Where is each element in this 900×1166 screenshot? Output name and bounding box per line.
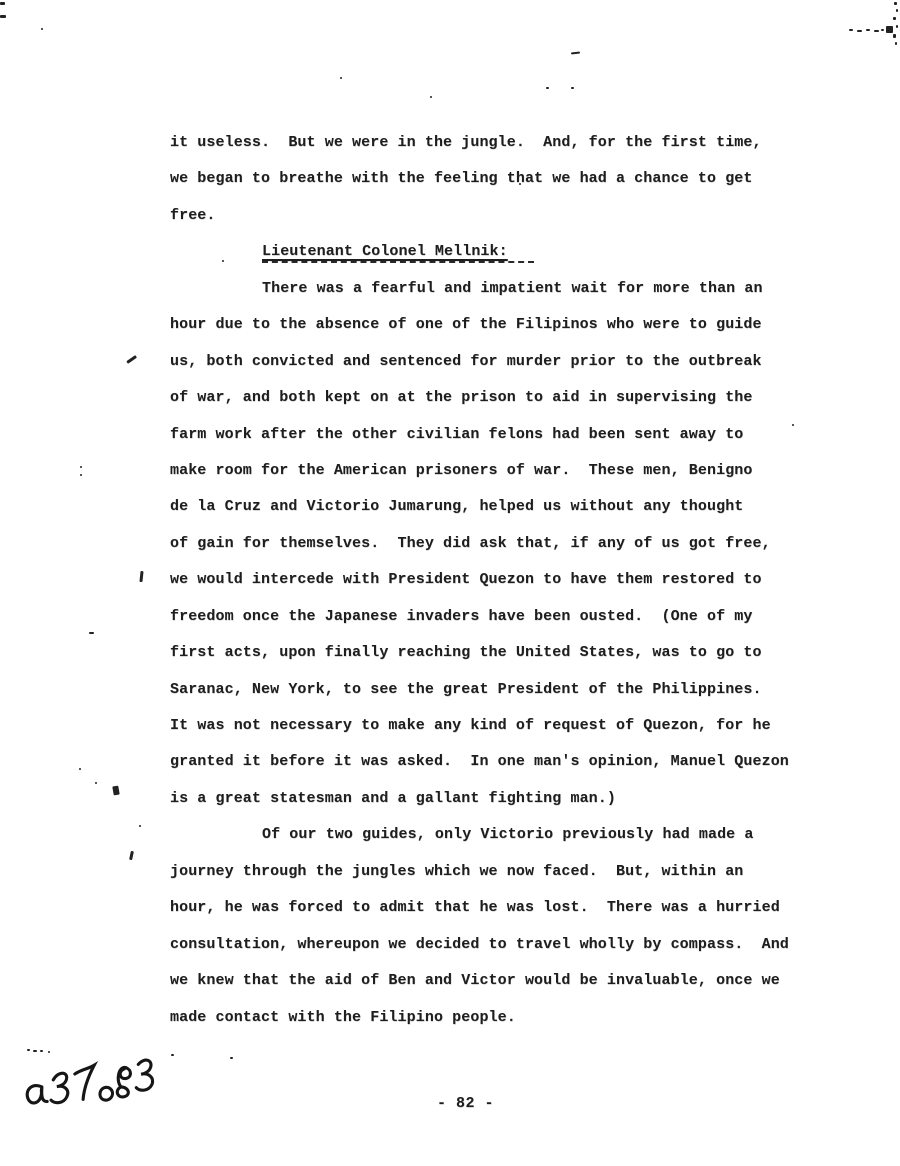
section-heading: Lieutenant Colonel Mellnik:: [170, 234, 850, 270]
text-line: granted it before it was asked. In one m…: [170, 744, 850, 780]
text-line: There was a fearful and impatient wait f…: [170, 271, 850, 307]
section-heading-text: Lieutenant Colonel Mellnik:: [262, 243, 534, 263]
handwritten-annotation: [18, 1052, 178, 1114]
text-line: made contact with the Filipino people.: [170, 1000, 850, 1036]
text-line: make room for the American prisoners of …: [170, 453, 850, 489]
text-line: farm work after the other civilian felon…: [170, 417, 850, 453]
text-line: de la Cruz and Victorio Jumarung, helped…: [170, 489, 850, 525]
text-line: is a great statesman and a gallant fight…: [170, 781, 850, 817]
text-line: freedom once the Japanese invaders have …: [170, 599, 850, 635]
text-line: hour due to the absence of one of the Fi…: [170, 307, 850, 343]
typewritten-text: it useless. But we were in the jungle. A…: [170, 125, 850, 1036]
text-line: It was not necessary to make any kind of…: [170, 708, 850, 744]
scanned-document-page: it useless. But we were in the jungle. A…: [0, 0, 900, 1166]
text-line: we began to breathe with the feeling tha…: [170, 161, 850, 197]
text-line: it useless. But we were in the jungle. A…: [170, 125, 850, 161]
text-line: of gain for themselves. They did ask tha…: [170, 526, 850, 562]
text-line: us, both convicted and sentenced for mur…: [170, 344, 850, 380]
text-line: Saranac, New York, to see the great Pres…: [170, 672, 850, 708]
text-line: consultation, whereupon we decided to tr…: [170, 927, 850, 963]
text-line: Of our two guides, only Victorio previou…: [170, 817, 850, 853]
text-line: of war, and both kept on at the prison t…: [170, 380, 850, 416]
text-line: journey through the jungles which we now…: [170, 854, 850, 890]
text-line: we would intercede with President Quezon…: [170, 562, 850, 598]
page-number: - 82 -: [437, 1095, 494, 1112]
text-line: hour, he was forced to admit that he was…: [170, 890, 850, 926]
text-line: we knew that the aid of Ben and Victor w…: [170, 963, 850, 999]
text-line: free.: [170, 198, 850, 234]
text-line: first acts, upon finally reaching the Un…: [170, 635, 850, 671]
